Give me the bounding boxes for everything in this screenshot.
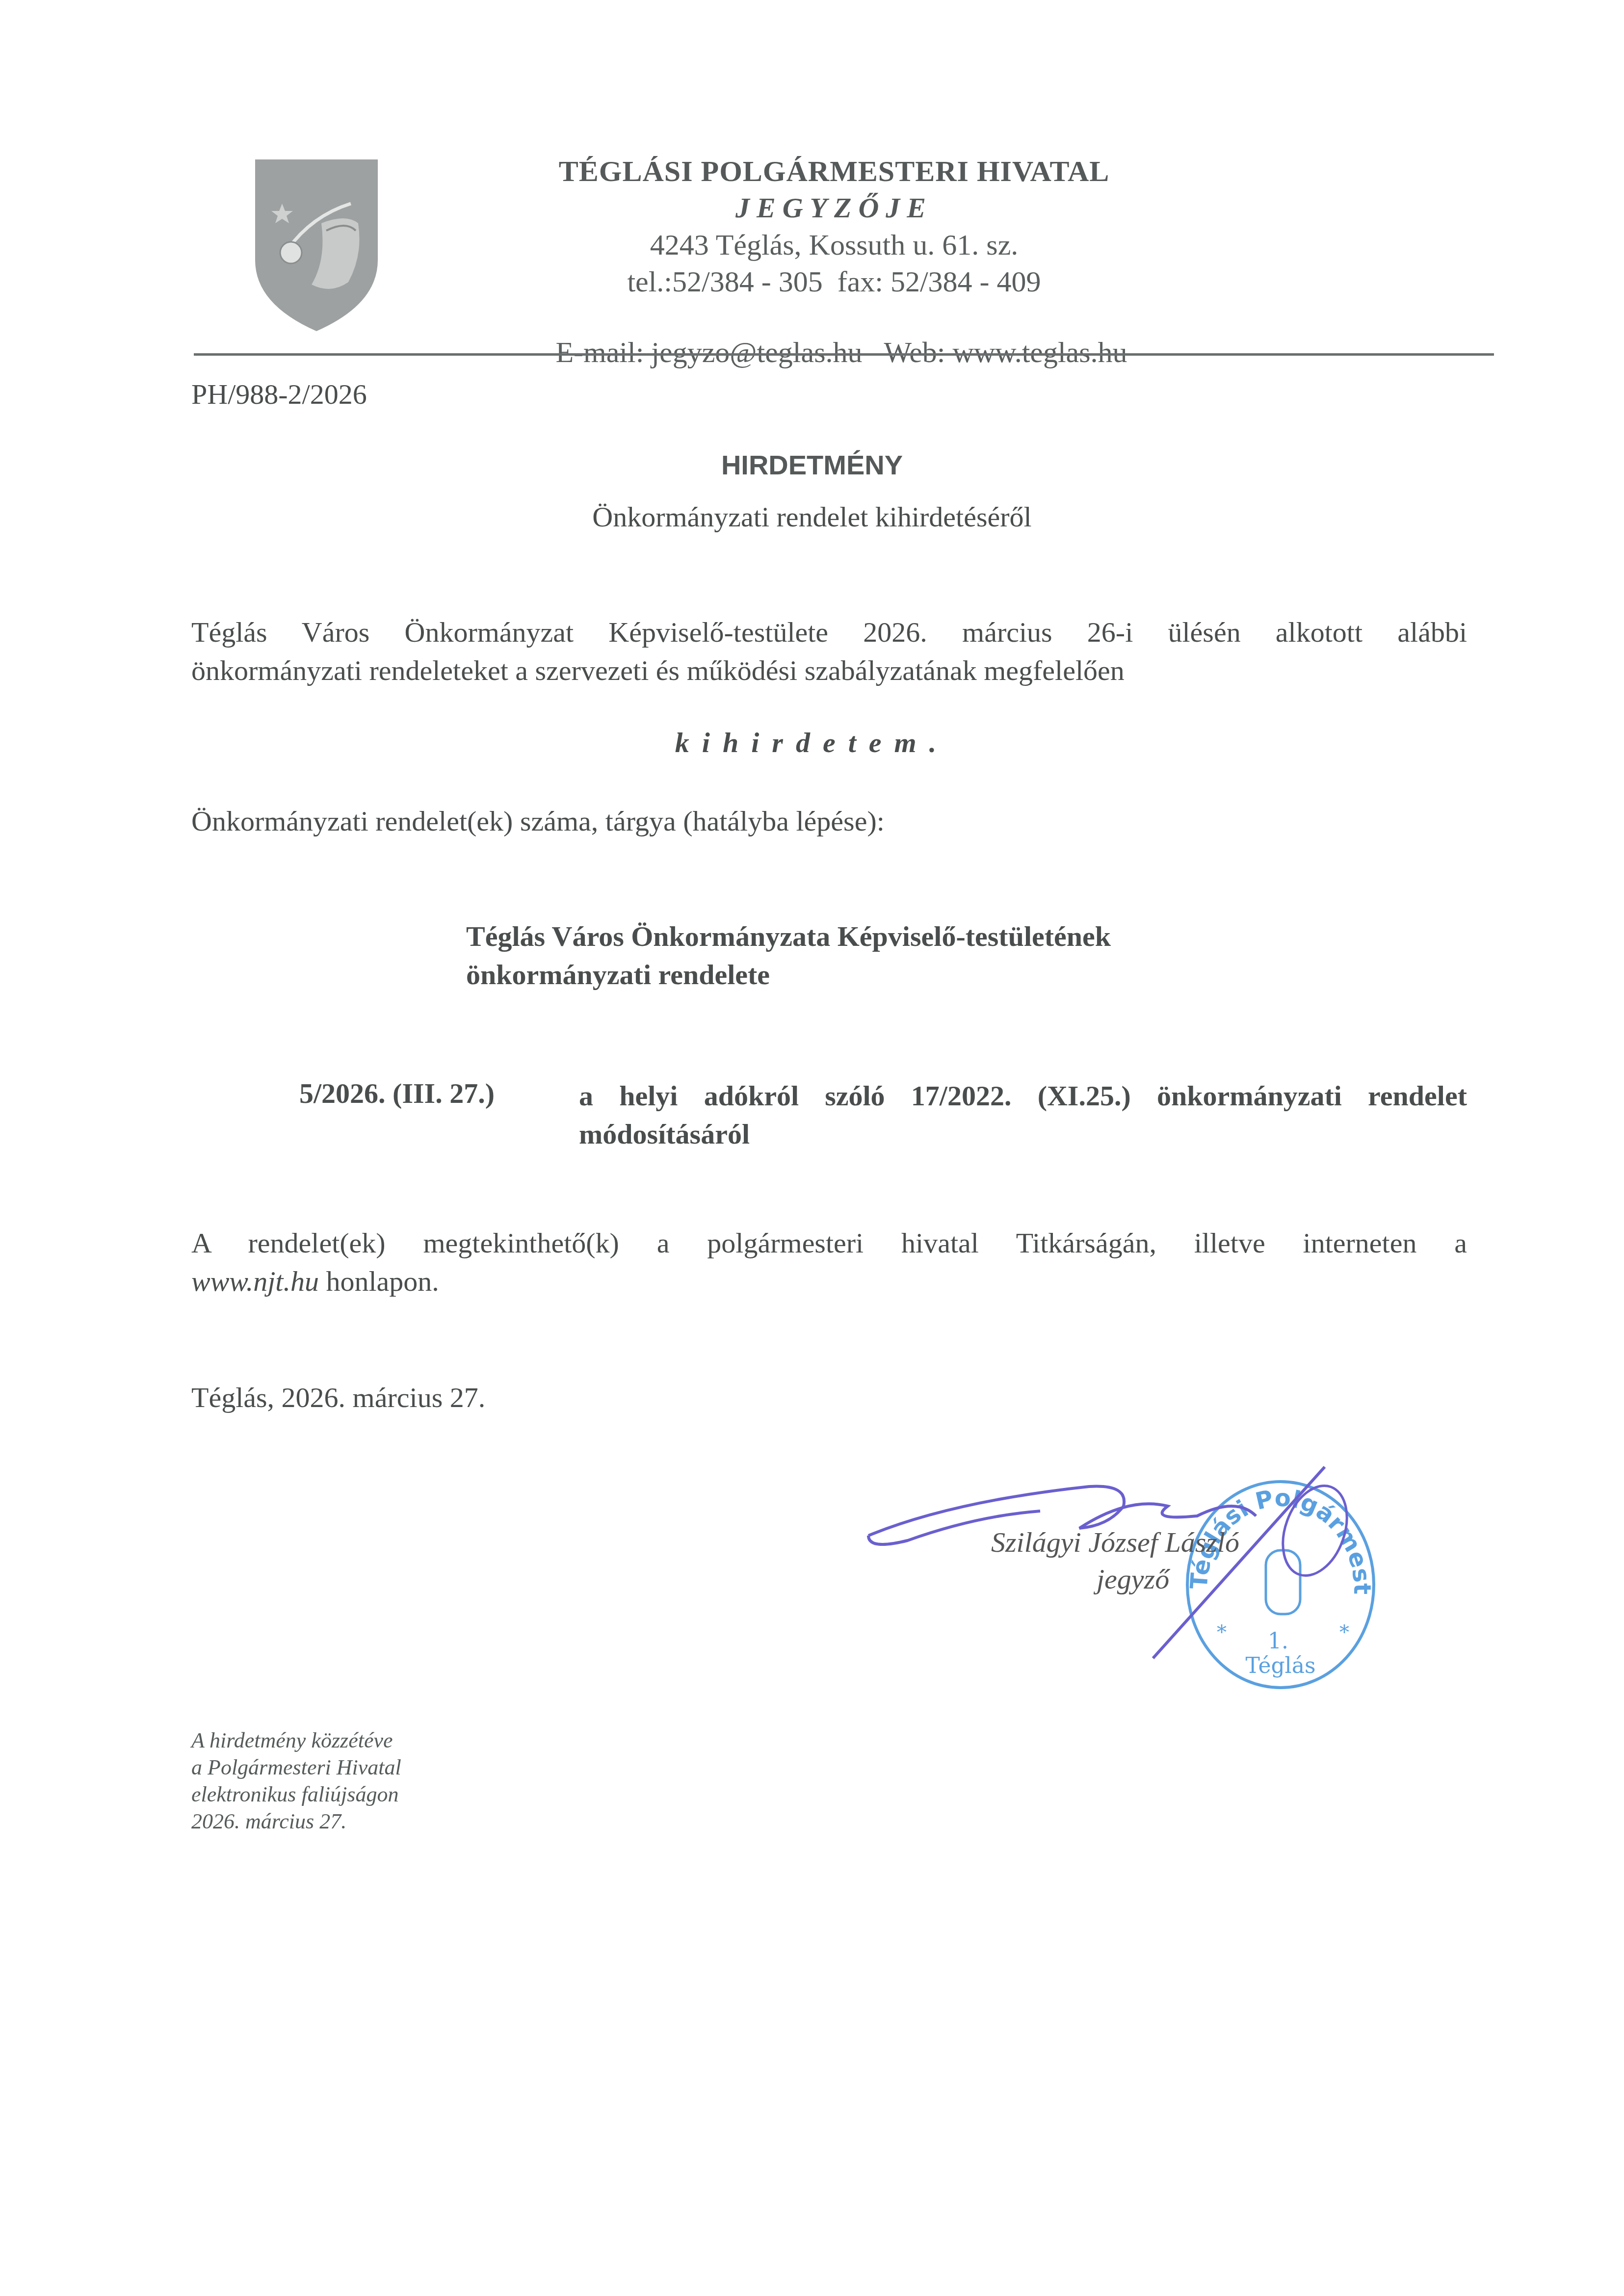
issuing-body: Téglás Város Önkormányzata Képviselő-tes… (466, 917, 1111, 994)
publication-line-3: elektronikus faliújságon (191, 1781, 401, 1808)
reference-number: PH/988-2/2026 (191, 378, 367, 411)
intro-line-1: Téglás Város Önkormányzat Képviselő-test… (191, 613, 1467, 652)
svg-text:*: * (1217, 1621, 1227, 1644)
decree-subject-line-2: módosításáról (579, 1115, 1467, 1153)
njt-link[interactable]: www.njt.hu (191, 1265, 319, 1297)
issuing-body-line-1: Téglás Város Önkormányzata Képviselő-tes… (466, 917, 1111, 956)
header-divider (194, 353, 1494, 356)
office-subtitle: JEGYZŐJE (442, 191, 1227, 224)
document-subtitle: Önkormányzati rendelet kihirdetéséről (0, 500, 1624, 533)
decree-number: 5/2026. (III. 27.) (299, 1077, 495, 1110)
publication-line-2: a Polgármesteri Hivatal (191, 1754, 401, 1781)
svg-text:1.: 1. (1268, 1629, 1288, 1654)
document-title: HIRDETMÉNY (0, 449, 1624, 481)
availability-line-1: A rendelet(ek) megtekinthető(k) a polgár… (191, 1224, 1467, 1262)
office-phone-fax: tel.:52/384 - 305 fax: 52/384 - 409 (442, 265, 1227, 299)
signatory-name: Szilágyi József László (991, 1526, 1239, 1559)
decree-subject: a helyi adókról szóló 17/2022. (XI.25.) … (579, 1077, 1467, 1153)
issuing-body-line-2: önkormányzati rendelete (466, 956, 1111, 994)
availability-paragraph: A rendelet(ek) megtekinthető(k) a polgár… (191, 1224, 1467, 1301)
publication-note: A hirdetmény közzétéve a Polgármesteri H… (191, 1727, 401, 1835)
web-link[interactable]: www.teglas.hu (953, 336, 1127, 368)
decree-list-label: Önkormányzati rendelet(ek) száma, tárgya… (191, 805, 885, 837)
declaration: kihirdetem. (0, 726, 1624, 759)
svg-text:Téglás: Téglás (1245, 1653, 1315, 1678)
decree-subject-line-1: a helyi adókról szóló 17/2022. (XI.25.) … (579, 1077, 1467, 1115)
intro-line-2: önkormányzati rendeleteket a szervezeti … (191, 652, 1467, 690)
email-link[interactable]: jegyzo@teglas.hu (651, 336, 862, 368)
email-label: E-mail: (555, 336, 651, 368)
svg-text:*: * (1339, 1621, 1349, 1644)
coat-of-arms-icon (253, 157, 380, 334)
publication-line-4: 2026. március 27. (191, 1808, 401, 1835)
place-date: Téglás, 2026. március 27. (191, 1381, 485, 1414)
signatory-role: jegyző (1097, 1563, 1169, 1595)
availability-suffix: honlapon. (319, 1265, 439, 1297)
publication-line-1: A hirdetmény közzétéve (191, 1727, 401, 1754)
office-address: 4243 Téglás, Kossuth u. 61. sz. (442, 228, 1227, 262)
web-label: Web: (884, 336, 952, 368)
intro-paragraph: Téglás Város Önkormányzat Képviselő-test… (191, 613, 1467, 690)
office-contact: E-mail: jegyzo@teglas.hu Web: www.teglas… (442, 302, 1227, 369)
availability-line-2: www.njt.hu honlapon. (191, 1262, 1467, 1301)
organization-name: TÉGLÁSI POLGÁRMESTERI HIVATAL (442, 155, 1227, 188)
